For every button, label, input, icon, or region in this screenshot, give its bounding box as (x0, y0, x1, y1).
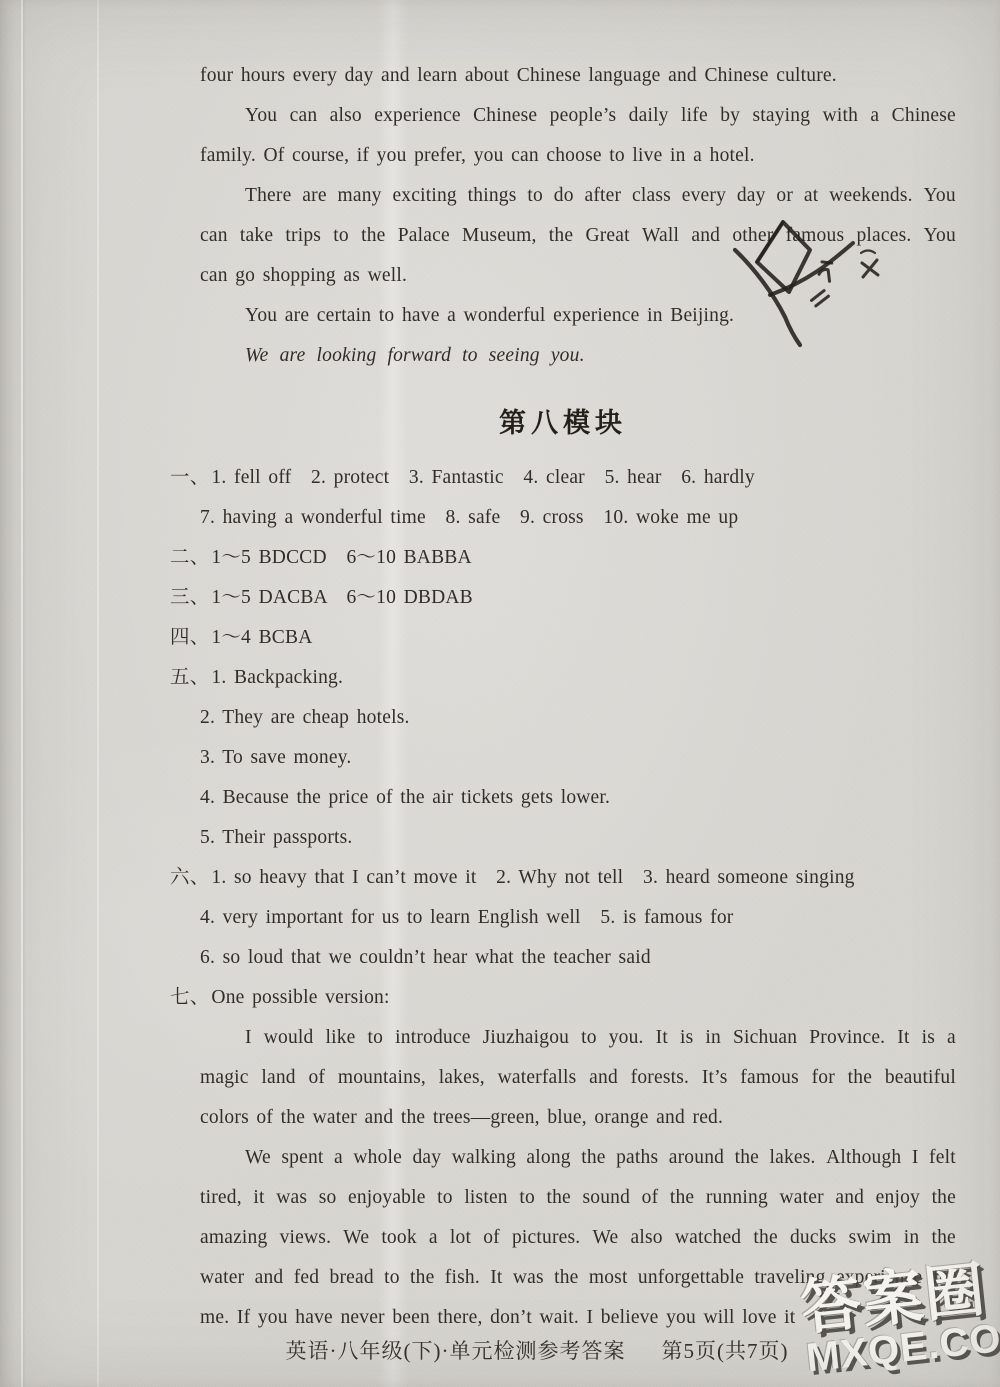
section-marker: 四、 (170, 627, 209, 648)
passage-line: family. Of course, if you prefer, you ca… (200, 136, 956, 176)
answer-line: 2. They are cheap hotels. (200, 698, 956, 738)
essay-line: tired,itwassoenjoyabletolistentothesound… (200, 1178, 956, 1218)
essay-line: colors of the water and the trees—green,… (200, 1098, 956, 1138)
passage-line: four hours every day and learn about Chi… (200, 56, 956, 96)
answer-text: 1. Backpacking. (211, 667, 343, 688)
passage-line: Therearemanyexcitingthingstodoafterclass… (245, 176, 956, 216)
essay-line: me. If you have never been there, don’t … (200, 1298, 956, 1338)
answer-line: 6. so loud that we couldn’t hear what th… (200, 938, 956, 978)
answer-line: 七、One possible version: (170, 978, 956, 1018)
answer-text: One possible version: (211, 987, 389, 1008)
footer-course-title: 英语·八年级(下)·单元检测参考答案 (286, 1339, 626, 1363)
answer-line: 四、1～4 BCBA (170, 618, 956, 658)
scanned-answer-page: four hours every day and learn about Chi… (0, 0, 1000, 1387)
section-marker: 五、 (170, 667, 209, 688)
section-marker: 七、 (170, 987, 209, 1008)
answer-line: 7. having a wonderful time 8. safe 9. cr… (200, 498, 956, 538)
answer-text: 1～5 BDCCD 6～10 BABBA (211, 547, 471, 568)
essay-line: amazingviews.Wetookalotofpictures.Wealso… (200, 1218, 956, 1258)
essay-line: IwouldliketointroduceJiuzhaigoutoyou.Iti… (245, 1018, 956, 1058)
essay-line: magiclandofmountains,lakes,waterfallsand… (200, 1058, 956, 1098)
section-marker: 二、 (170, 547, 209, 568)
passage-line: We are looking forward to seeing you. (245, 336, 956, 376)
page-footer: 英语·八年级(下)·单元检测参考答案第5页(共7页) (144, 1334, 930, 1368)
answer-text: 1～5 DACBA 6～10 DBDAB (211, 587, 472, 608)
answer-text: 1. fell off 2. protect 3. Fantastic 4. c… (211, 467, 754, 488)
answer-line: 4. very important for us to learn Englis… (200, 898, 956, 938)
section-marker: 一、 (170, 467, 209, 488)
answer-line: 3. To save money. (200, 738, 956, 778)
passage-line: can go shopping as well. (200, 256, 956, 296)
essay-line: Wespentawholedaywalkingalongthepathsarou… (245, 1138, 956, 1178)
answer-line: 4. Because the price of the air tickets … (200, 778, 956, 818)
essay-line: waterandfedbreadtothefish.Itwasthemostun… (200, 1258, 956, 1298)
paper-crease (97, 0, 99, 1387)
answer-text: 1. so heavy that I can’t move it 2. Why … (211, 867, 854, 888)
footer-page-number: 第5页(共7页) (661, 1339, 788, 1363)
answer-line: 五、1. Backpacking. (170, 658, 956, 698)
answer-line: 一、1. fell off 2. protect 3. Fantastic 4.… (170, 458, 956, 498)
answer-line: 5. Their passports. (200, 818, 956, 858)
passage-line: cantaketripstothePalaceMuseum,theGreatWa… (200, 216, 956, 256)
answer-line: 三、1～5 DACBA 6～10 DBDAB (170, 578, 956, 618)
page-content: four hours every day and learn about Chi… (170, 56, 956, 1338)
passage-line: You are certain to have a wonderful expe… (245, 296, 956, 336)
section-marker: 六、 (170, 867, 209, 888)
answer-text: 1～4 BCBA (211, 627, 312, 648)
module-title: 第八模块 (170, 402, 956, 444)
section-marker: 三、 (170, 587, 209, 608)
page-edge-shading (0, 0, 16, 1387)
passage-line: YoucanalsoexperienceChinesepeople’sdaily… (245, 96, 956, 136)
answer-line: 二、1～5 BDCCD 6～10 BABBA (170, 538, 956, 578)
answer-line: 六、1. so heavy that I can’t move it 2. Wh… (170, 858, 956, 898)
paper-crease (21, 0, 23, 1387)
